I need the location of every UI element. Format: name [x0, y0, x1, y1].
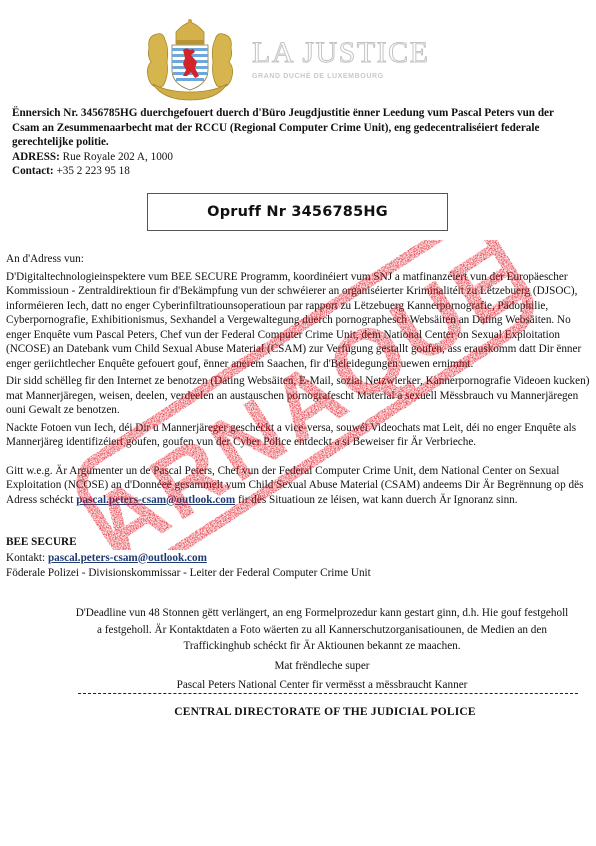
brand-subtitle: GRAND DUCHÉ DE LUXEMBOURG — [252, 70, 430, 85]
salutation: An d'Adress vun: — [6, 252, 590, 267]
dashed-divider — [78, 693, 578, 694]
closing: Mat frëndleche super — [72, 658, 572, 675]
case-description: Ënnersich Nr. 3456785HG duerchgefouert d… — [12, 106, 582, 150]
deadline-notice: D'Deadline vun 48 Stonnen gëtt verlänger… — [72, 605, 572, 655]
reference-title: Opruff Nr 3456785HG — [207, 205, 388, 220]
paragraph-2: Dir sidd schëlleg fir den Internet ze be… — [6, 374, 590, 418]
address-label: ADRESS: — [12, 151, 60, 163]
email-link[interactable]: pascal.peters-csam@outlook.com — [76, 494, 235, 506]
paragraph-4: Gitt w.e.g. Är Argumenter un de Pascal P… — [6, 464, 590, 508]
case-intro: Ënnersich Nr. 3456785HG duerchgefouert d… — [12, 106, 582, 179]
signature-contact-line: Kontakt: pascal.peters-csam@outlook.com — [6, 551, 590, 567]
letter-body: An d'Adress vun: D'Digitaltechnologieins… — [6, 252, 590, 510]
signature-org: BEE SECURE — [6, 535, 590, 551]
signature-contact-label: Kontakt: — [6, 552, 48, 564]
luxembourg-coat-of-arms-icon — [143, 18, 237, 102]
signature-block: BEE SECURE Kontakt: pascal.peters-csam@o… — [6, 535, 590, 582]
signature-role: Föderale Polizei - Divisionskommissar - … — [6, 566, 590, 582]
directorate-title: CENTRAL DIRECTORATE OF THE JUDICIAL POLI… — [0, 705, 596, 720]
address-line: ADRESS: Rue Royale 202 A, 1000 — [12, 150, 582, 165]
brand-title: LA JUSTICE — [252, 38, 430, 68]
paragraph-1: D'Digitaltechnologieinspektere vum BEE S… — [6, 270, 590, 372]
paragraph-3: Nackte Fotoen vun Iech, déi Dir u Manner… — [6, 421, 590, 450]
paragraph-4-text-after: fir dës Situatioun ze léisen, wat kann d… — [235, 494, 517, 506]
signer: Pascal Peters National Center fir vermës… — [72, 677, 572, 694]
brand: LA JUSTICE GRAND DUCHÉ DE LUXEMBOURG — [252, 38, 430, 85]
contact-label: Contact: — [12, 165, 54, 177]
contact-value: +35 2 223 95 18 — [54, 165, 130, 177]
contact-line: Contact: +35 2 223 95 18 — [12, 164, 582, 179]
footer-notice: D'Deadline vun 48 Stonnen gëtt verlänger… — [72, 605, 572, 697]
address-value: Rue Royale 202 A, 1000 — [60, 151, 173, 163]
letterhead: LA JUSTICE GRAND DUCHÉ DE LUXEMBOURG — [0, 14, 596, 94]
signature-email-link[interactable]: pascal.peters-csam@outlook.com — [48, 552, 207, 564]
reference-box: Opruff Nr 3456785HG — [147, 193, 448, 231]
